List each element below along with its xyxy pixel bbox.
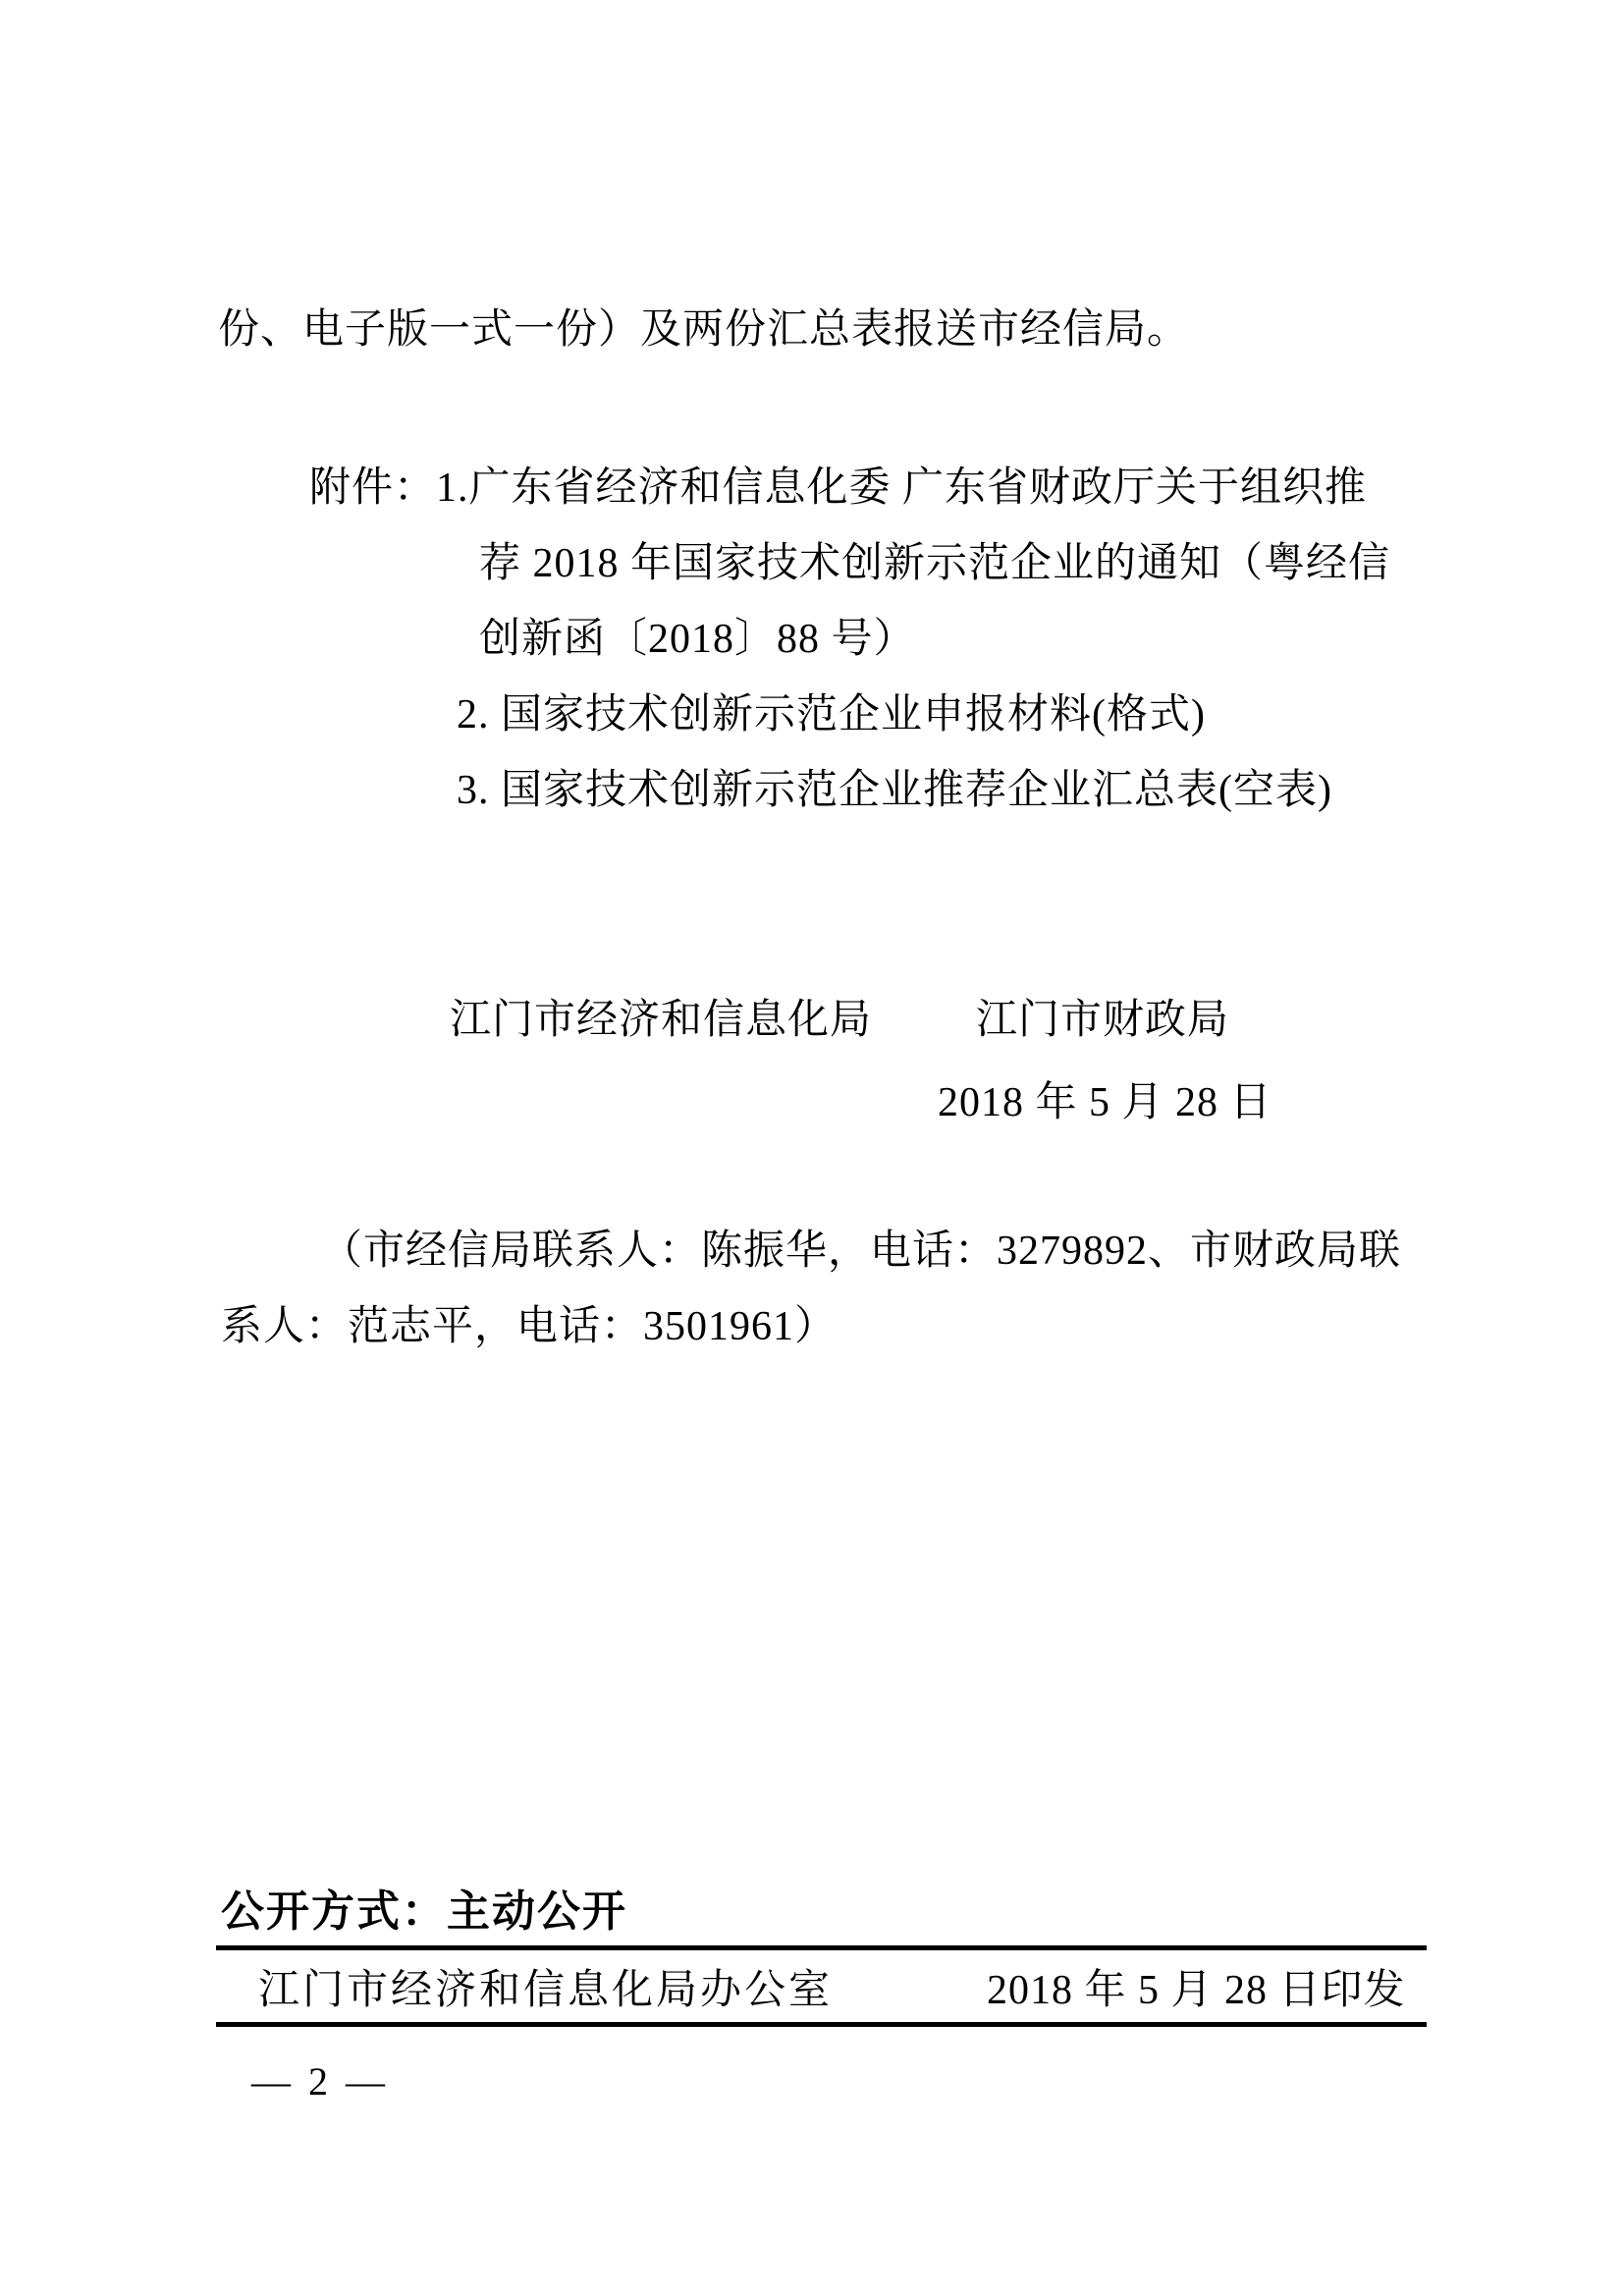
attachment-line-4: 2. 国家技术创新示范企业申报材料(格式) [457, 692, 1206, 738]
contact-line-1: （市经信局联系人：陈振华，电话：3279892、市财政局联 [321, 1229, 1401, 1274]
publicity-method-label: 公开方式：主动公开 [221, 1889, 627, 1935]
footer-divider-top [216, 1945, 1427, 1950]
footer-divider-bottom [216, 2022, 1427, 2027]
page-number: — 2 — [251, 2059, 389, 2105]
body-continuation-line: 份、电子版一式一份）及两份汇总表报送市经信局。 [218, 307, 1189, 353]
signature-org-1: 江门市经济和信息化局 [450, 998, 872, 1043]
attachment-line-3: 创新函〔2018〕88 号） [479, 617, 916, 662]
attachment-line-5: 3. 国家技术创新示范企业推荐企业汇总表(空表) [457, 768, 1332, 813]
signature-date: 2018 年 5 月 28 日 [938, 1080, 1272, 1125]
footer-issuer: 江门市经济和信息化局办公室 [258, 1968, 833, 2013]
contact-line-2: 系人：范志平，电话：3501961） [221, 1304, 837, 1349]
document-page: 份、电子版一式一份）及两份汇总表报送市经信局。 附件：1.广东省经济和信息化委 … [0, 0, 1623, 2296]
footer-issue-date: 2018 年 5 月 28 日印发 [987, 1968, 1406, 2013]
signature-org-2: 江门市财政局 [976, 998, 1229, 1043]
attachment-line-2: 荐 2018 年国家技术创新示范企业的通知（粤经信 [479, 541, 1390, 586]
attachment-line-1: 附件：1.广东省经济和信息化委 广东省财政厅关于组织推 [309, 465, 1367, 511]
